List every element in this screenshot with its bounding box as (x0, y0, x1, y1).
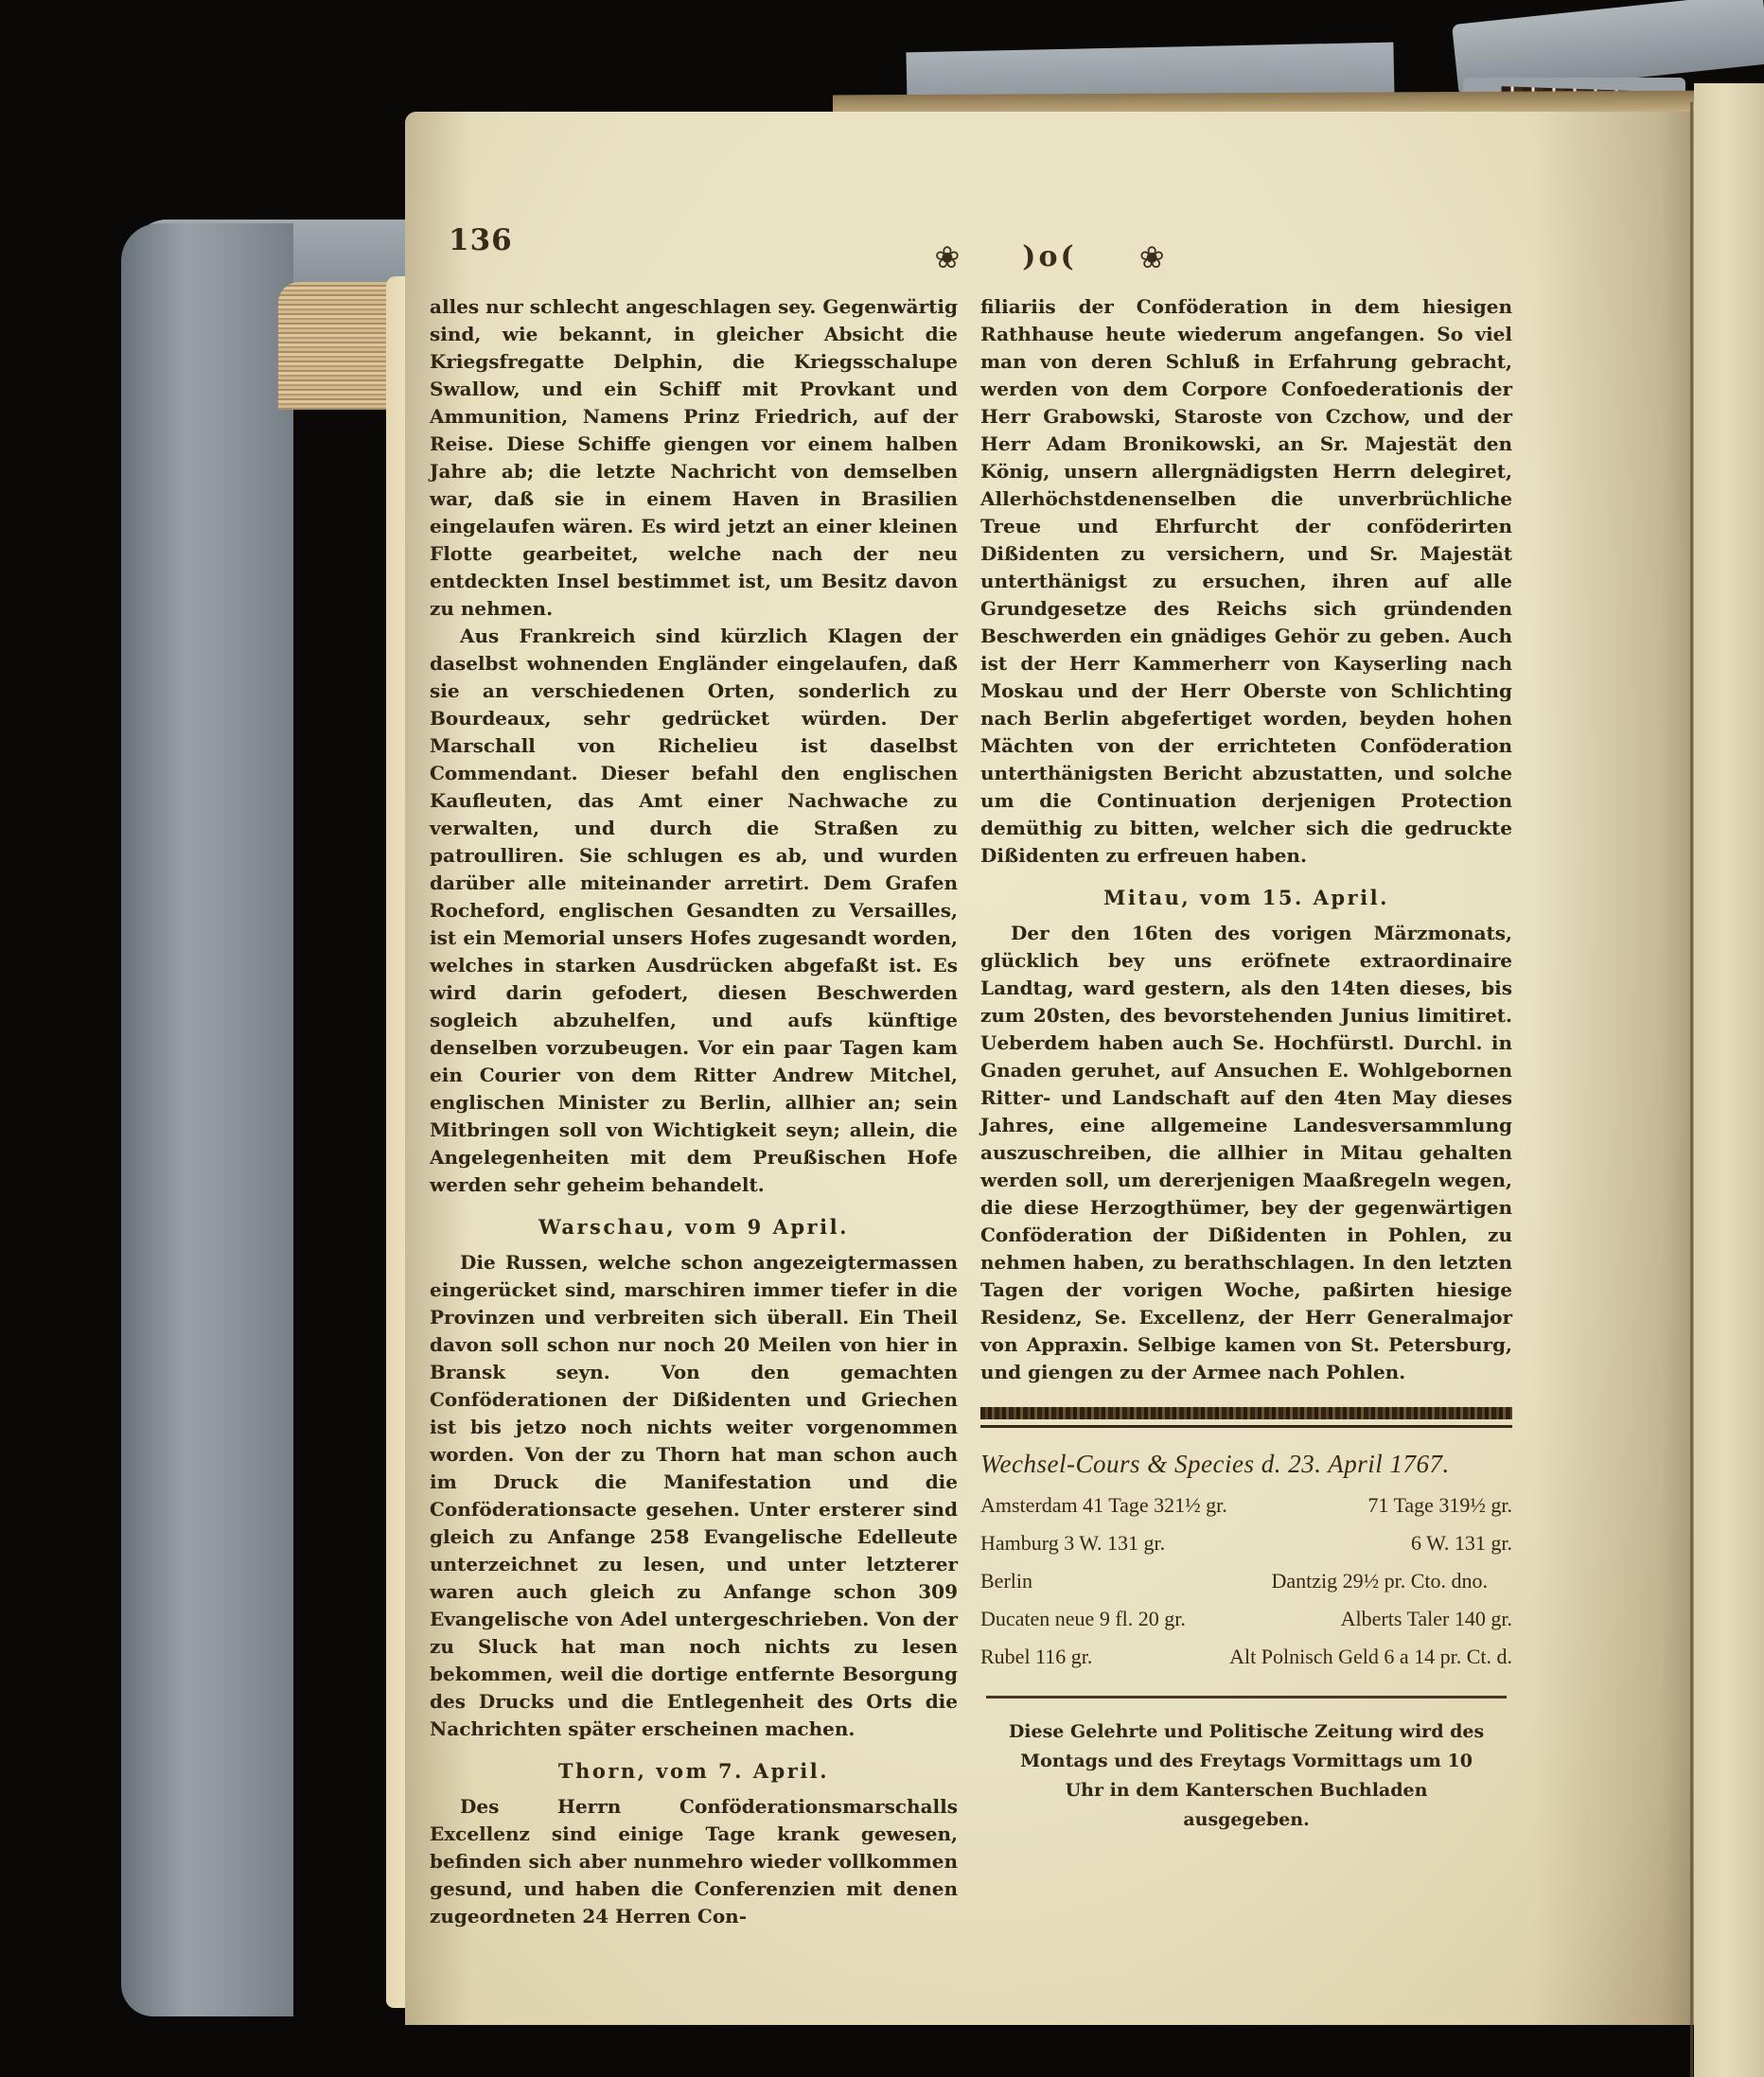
shell-ornament-left-icon: ❀ (934, 242, 960, 273)
right-text-column: filiariis der Conföderation in dem hiesi… (980, 293, 1512, 1835)
exchange-cell: 71 Tage 319½ gr. (1367, 1495, 1512, 1516)
book-page: 136 ❀ )o( ❀ alles nur schlecht angeschla… (405, 112, 1694, 2025)
exchange-row: Berlin Dantzig 29½ pr. Cto. dno. (980, 1571, 1512, 1592)
page-number: 136 (449, 223, 513, 257)
exchange-row: Rubel 116 gr. Alt Polnisch Geld 6 a 14 p… (980, 1646, 1512, 1667)
exchange-cell: 6 W. 131 gr. (1411, 1533, 1512, 1554)
exchange-title: Wechsel-Cours & Species d. 23. April 176… (980, 1451, 1512, 1478)
facing-page-edge (1694, 83, 1764, 2077)
left-text-column: alles nur schlecht angeschlagen sey. Geg… (430, 293, 958, 1930)
exchange-cell: Amsterdam 41 Tage 321½ gr. (980, 1495, 1227, 1516)
shell-ornament-right-icon: ❀ (1139, 242, 1165, 273)
ornamental-rule (980, 1407, 1512, 1419)
exchange-cell: Dantzig 29½ pr. Cto. dno. (1271, 1571, 1488, 1592)
paragraph-thorn: Des Herrn Conföderationsmarschalls Excel… (430, 1793, 958, 1930)
header-ornament-row: ❀ )o( ❀ (934, 240, 1164, 273)
gutter-crease (1690, 102, 1693, 2077)
book-cover-edge-left (121, 223, 293, 2016)
exchange-cell: Alberts Taler 140 gr. (1341, 1609, 1512, 1629)
exchange-cell: Berlin (980, 1571, 1032, 1592)
publication-note: Diese Gelehrte und Politische Zeitung wi… (980, 1717, 1512, 1835)
header-divider-mark: )o( (1022, 240, 1076, 273)
exchange-row: Ducaten neue 9 fl. 20 gr. Alberts Taler … (980, 1609, 1512, 1629)
footer-rule (986, 1696, 1507, 1699)
exchange-rates-section: Wechsel-Cours & Species d. 23. April 176… (980, 1451, 1512, 1667)
paragraph-brasilien: alles nur schlecht angeschlagen sey. Geg… (430, 293, 958, 623)
paragraph-frankreich: Aus Frankreich sind kürzlich Klagen der … (430, 623, 958, 1199)
dateline-thorn: Thorn, vom 7. April. (430, 1757, 958, 1785)
exchange-cell: Rubel 116 gr. (980, 1646, 1092, 1667)
photo-background: { "page_number": "136", "ornaments": { "… (0, 0, 1764, 2077)
exchange-cell: Hamburg 3 W. 131 gr. (980, 1533, 1165, 1554)
thin-rule (980, 1425, 1512, 1428)
exchange-cell: Ducaten neue 9 fl. 20 gr. (980, 1609, 1186, 1629)
paragraph-warschau: Die Russen, welche schon angezeigtermass… (430, 1249, 958, 1743)
dateline-warschau: Warschau, vom 9 April. (430, 1213, 958, 1241)
exchange-cell: Alt Polnisch Geld 6 a 14 pr. Ct. d. (1229, 1646, 1512, 1667)
dateline-mitau: Mitau, vom 15. April. (980, 884, 1512, 911)
paragraph-confoederation: filiariis der Conföderation in dem hiesi… (980, 293, 1512, 870)
paragraph-mitau: Der den 16ten des vorigen Märzmonats, gl… (980, 920, 1512, 1386)
exchange-row: Hamburg 3 W. 131 gr. 6 W. 131 gr. (980, 1533, 1512, 1554)
page-shadow-right (1533, 112, 1694, 2025)
exchange-row: Amsterdam 41 Tage 321½ gr. 71 Tage 319½ … (980, 1495, 1512, 1516)
